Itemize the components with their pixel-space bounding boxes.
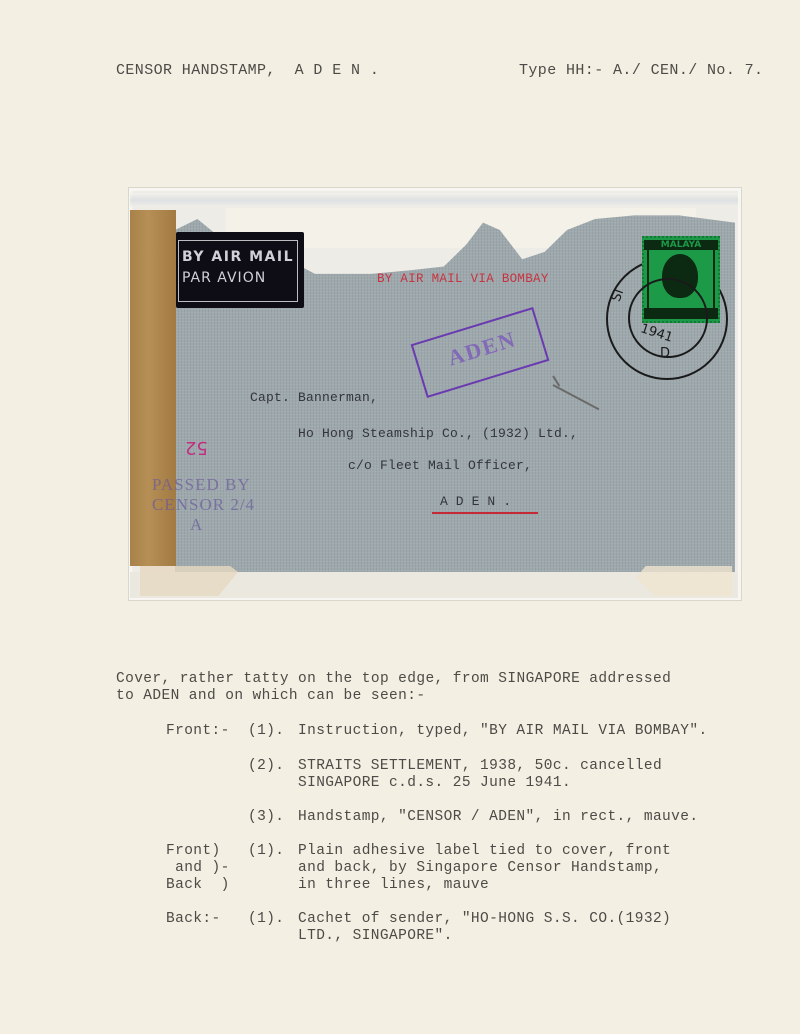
front-back-item-1-line1: Plain adhesive label tied to cover, fron…: [298, 843, 671, 859]
censor-handstamp-text: ADEN: [445, 326, 520, 371]
front-item-2-num: (2).: [248, 758, 284, 774]
intro-line-1: Cover, rather tatty on the top edge, fro…: [116, 671, 671, 687]
stamp-country: MALAYA: [644, 240, 718, 250]
passed-censor-line2: CENSOR 2/4: [152, 495, 255, 515]
back-label: Back:-: [166, 911, 221, 927]
back-item-1-line2: LTD., SINGAPORE".: [298, 928, 453, 944]
sleeve-top-edge: [130, 193, 738, 207]
front-back-item-1-line3: in three lines, mauve: [298, 877, 489, 893]
manuscript-number: 52: [185, 437, 208, 458]
front-item-2-line1: STRAITS SETTLEMENT, 1938, 50c. cancelled: [298, 758, 662, 774]
front-item-1-text: Instruction, typed, "BY AIR MAIL VIA BOM…: [298, 723, 708, 739]
intro-line-2: to ADEN and on which can be seen:-: [116, 688, 425, 704]
airmail-label-line1: BY AIR MAIL: [182, 249, 294, 265]
address-line-4: ADEN.: [440, 494, 519, 509]
front-item-2-line2: SINGAPORE c.d.s. 25 June 1941.: [298, 775, 571, 791]
front-back-item-1-line2: and back, by Singapore Censor Handstamp,: [298, 860, 662, 876]
page-title: CENSOR HANDSTAMP, A D E N .: [116, 62, 379, 79]
address-line-1: Capt. Bannerman,: [250, 390, 378, 405]
airmail-label-line2: PAR AVION: [182, 270, 266, 286]
front-label: Front:-: [166, 723, 230, 739]
front-back-label-3: Back ): [166, 877, 230, 893]
address-line-3: c/o Fleet Mail Officer,: [348, 458, 532, 473]
front-back-label-2: and )-: [166, 860, 230, 876]
passed-censor-line1: PASSED BY: [152, 475, 251, 495]
front-back-item-1-num: (1).: [248, 843, 284, 859]
address-line-2: Ho Hong Steamship Co., (1932) Ltd.,: [298, 426, 578, 441]
airmail-instruction: BY AIR MAIL VIA BOMBAY: [377, 272, 549, 286]
type-reference: Type HH:- A./ CEN./ No. 7.: [519, 62, 763, 79]
back-item-1-line1: Cachet of sender, "HO-HONG S.S. CO.(1932…: [298, 911, 671, 927]
address-underline: [432, 512, 538, 514]
front-item-3-num: (3).: [248, 809, 284, 825]
front-item-3-text: Handstamp, "CENSOR / ADEN", in rect., ma…: [298, 809, 698, 825]
hinge-tab-right: [636, 566, 732, 596]
passed-censor-line3: A: [190, 515, 203, 535]
airmail-label: BY AIR MAIL PAR AVION: [176, 232, 304, 308]
postmark-code: D: [660, 346, 670, 361]
front-back-label-1: Front): [166, 843, 221, 859]
front-item-1-num: (1).: [248, 723, 284, 739]
back-item-1-num: (1).: [248, 911, 284, 927]
